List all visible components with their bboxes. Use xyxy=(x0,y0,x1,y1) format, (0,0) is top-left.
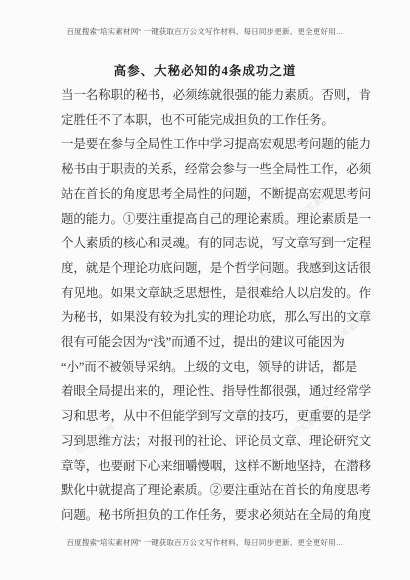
body-text-line: 题的能力。①要注重提高自己的理论素质。理论素质是一 xyxy=(61,207,375,232)
body-text-line: 当一名称职的秘书，必须练就很强的能力素质。否则，肯 xyxy=(61,83,375,108)
page-title: 高参、大秘必知的4条成功之道 xyxy=(0,61,410,79)
body-text-line: 章等，也要耐下心来细嚼慢咽，这样不断地坚持，在潜移 xyxy=(61,454,375,479)
body-text-line: 个人素质的核心和灵魂。有的同志说，写文章写到一定程 xyxy=(61,231,375,256)
body-text-line: 习和思考，从中不但能学到写文章的技巧，更重要的是学 xyxy=(61,404,375,429)
header-ad-banner: 百度搜索“培实素材网” 一键获取百万公文写作材料、每日同步更新、更全更好用… xyxy=(0,26,410,37)
body-text-line: 定胜任不了本职，也不可能完成担负的工作任务。 xyxy=(61,108,375,133)
body-text-line: 着眼全局提出来的，理论性、指导性都很强，通过经常学 xyxy=(61,379,375,404)
body-text-line: 有见地。如果文章缺乏思想性，是很难给人以启发的。作 xyxy=(61,281,375,306)
body-text: 当一名称职的秘书，必须练就很强的能力素质。否则，肯定胜任不了本职，也不可能完成担… xyxy=(61,83,375,528)
body-text-line: 很有可能会因为“浅”而通不过，提出的建议可能因为 xyxy=(61,330,375,355)
body-text-line: 默化中就提高了理论素质。②要注重站在首长的角度思考 xyxy=(61,478,375,503)
body-text-line: 度，就是个理论功底问题，是个哲学问题。我感到这话很 xyxy=(61,256,375,281)
body-text-line: 站在首长的角度思考全局性的问题，不断提高宏观思考问 xyxy=(61,182,375,207)
body-text-line: 问题。秘书所担负的工作任务，要求必须站在全局的角度 xyxy=(61,503,375,528)
body-text-line: 秘书由于职责的关系，经常会参与一些全局性工作，必须 xyxy=(61,157,375,182)
footer-ad-banner: 百度搜索“培实素材网” 一键获取百万公文写作材料、每日同步更新、更全更好用… xyxy=(0,537,410,548)
body-text-line: 习到思维方法；对报刊的社论、评论员文章、理论研究文 xyxy=(61,429,375,454)
body-text-line: 一是要在参与全局性工作中学习提高宏观思考问题的能力 xyxy=(61,132,375,157)
document-page: 百度搜索“培实素材网” 一键获取百万公文写作材料、每日同步更新、更全更好用… 高… xyxy=(0,0,410,580)
body-text-line: “小”而不被领导采纳。上级的文电，领导的讲话，都是 xyxy=(61,355,375,380)
body-text-line: 为秘书，如果没有较为扎实的理论功底，那么写出的文章 xyxy=(61,305,375,330)
